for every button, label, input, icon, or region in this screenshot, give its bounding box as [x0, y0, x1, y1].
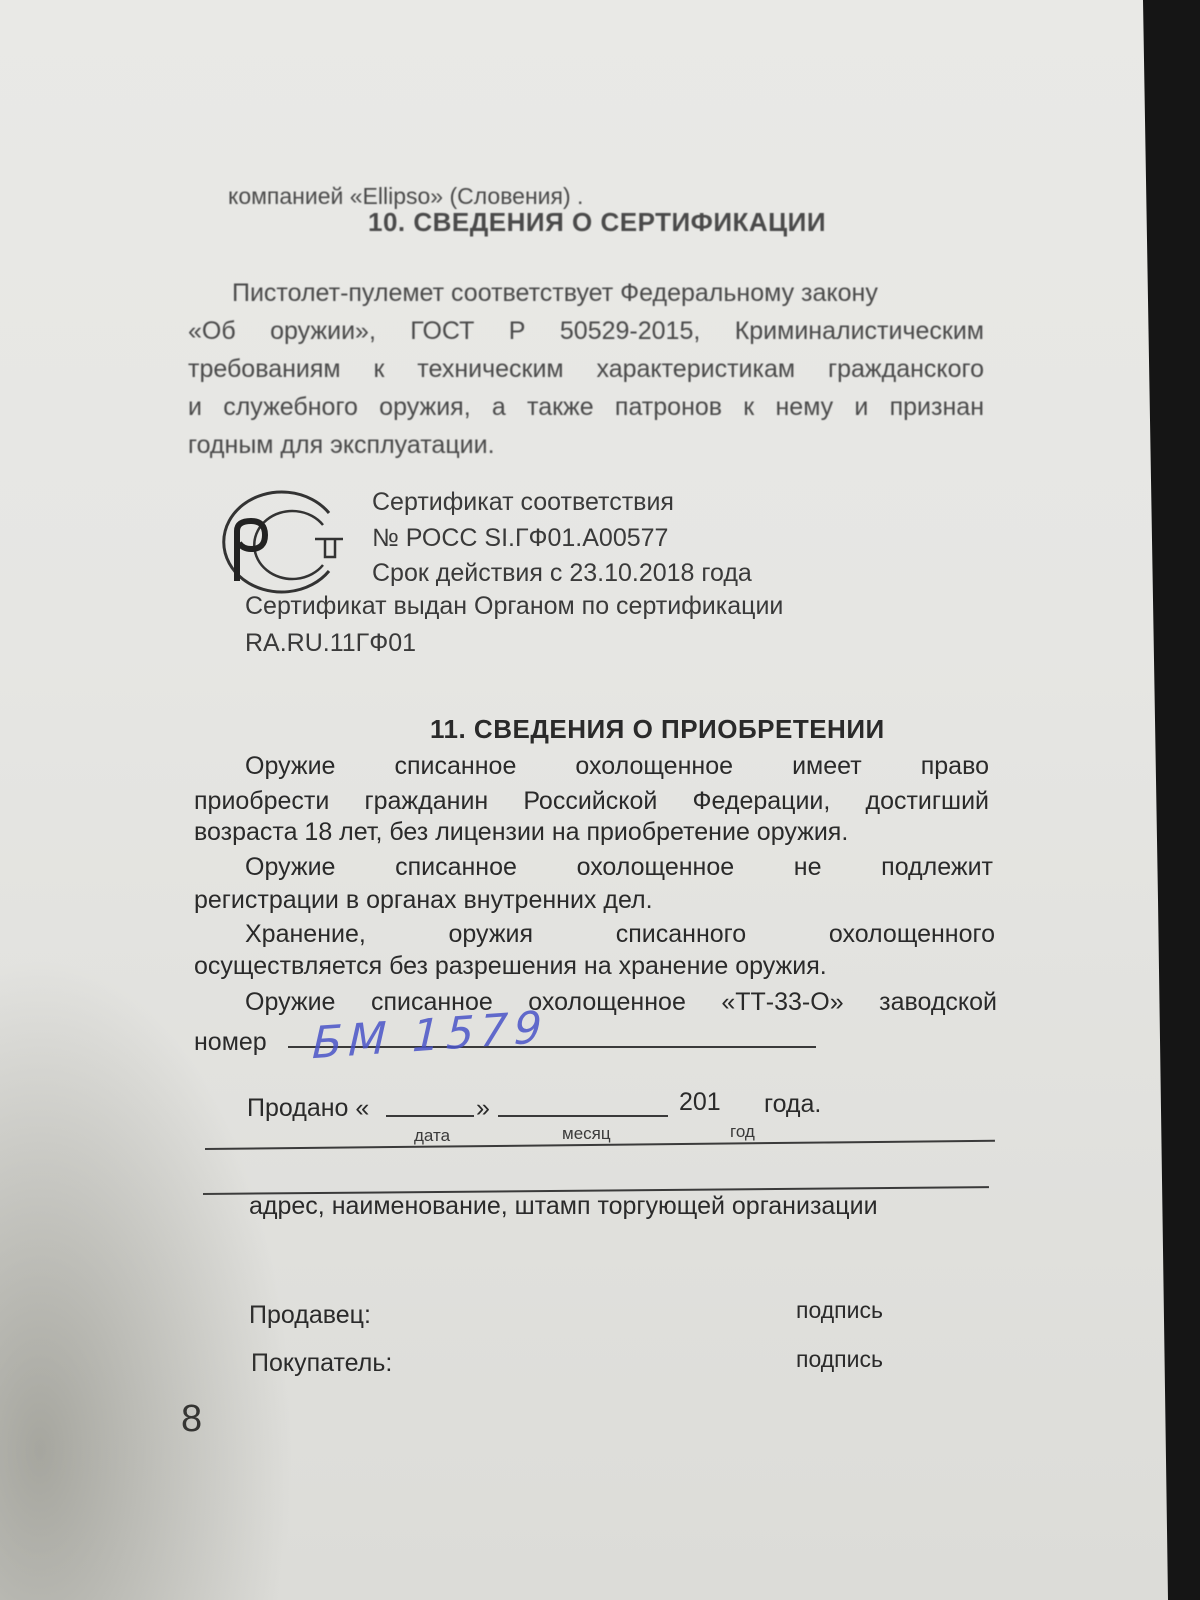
section-11-heading: 11. СВЕДЕНИЯ О ПРИОБРЕТЕНИИ	[430, 714, 885, 745]
certificate-validity: Срок действия с 23.10.2018 года	[372, 559, 752, 588]
section-10-line-4: и служебного оружия, а также патронов к …	[188, 393, 984, 422]
section-11-para1-line-3: возраста 18 лет, без лицензии на приобре…	[194, 818, 848, 847]
section-11-para3-line-1: Хранение, оружия списанного охолощенного	[245, 920, 995, 949]
buyer-signature-caption: подпись	[796, 1346, 883, 1373]
section-10-line-3: требованиям к техническим характеристика…	[188, 355, 984, 384]
section-11-para2-line-1: Оружие списанное охолощенное не подлежит	[245, 853, 993, 882]
certificate-number: № РОСС SI.ГФ01.А00577	[372, 524, 668, 553]
caption-month: месяц	[562, 1124, 611, 1144]
sold-month-field[interactable]	[498, 1115, 668, 1117]
rst-certification-mark-icon	[205, 483, 355, 598]
section-11-para3-line-2: осуществляется без разрешения на хранени…	[194, 952, 827, 981]
serial-number-label: номер	[194, 1028, 267, 1057]
sold-day-field[interactable]	[386, 1115, 474, 1117]
section-11-para1-line-2: приобрести гражданин Российской Федераци…	[194, 787, 989, 816]
section-10-line-2: «Об оружии», ГОСТ Р 50529-2015, Криминал…	[188, 317, 984, 346]
certificate-authority-code: RA.RU.11ГФ01	[245, 629, 416, 658]
sold-year-prefix: 201	[679, 1088, 721, 1117]
sold-suffix: года.	[764, 1090, 821, 1119]
seller-label: Продавец:	[249, 1301, 371, 1330]
section-11-para2-line-2: регистрации в органах внутренних дел.	[194, 886, 653, 915]
buyer-label: Покупатель:	[251, 1349, 392, 1378]
address-caption: адрес, наименование, штамп торгующей орг…	[249, 1192, 878, 1221]
document-page: компанией «Ellipso» (Словения) . 10. СВЕ…	[0, 0, 1200, 1600]
sold-quote-close: »	[476, 1094, 490, 1123]
section-10-heading: 10. СВЕДЕНИЯ О СЕРТИФИКАЦИИ	[368, 207, 826, 238]
certificate-issued-by: Сертификат выдан Органом по сертификации	[245, 592, 783, 621]
section-11-para1-line-1: Оружие списанное охолощенное имеет право	[245, 752, 989, 781]
caption-year: год	[730, 1122, 755, 1142]
section-10-line-5: годным для эксплуатации.	[188, 431, 495, 460]
caption-day: дата	[414, 1126, 450, 1146]
seller-signature-caption: подпись	[796, 1297, 883, 1324]
section-11-para4-line: Оружие списанное охолощенное «ТТ-33-О» з…	[245, 988, 997, 1017]
section-10-line-1: Пистолет-пулемет соответствует Федеральн…	[232, 279, 984, 308]
sold-prefix: Продано «	[247, 1094, 369, 1123]
carryover-line: компанией «Ellipso» (Словения) .	[228, 183, 583, 210]
page-number: 8	[181, 1398, 202, 1441]
certificate-title: Сертификат соответствия	[372, 488, 674, 517]
